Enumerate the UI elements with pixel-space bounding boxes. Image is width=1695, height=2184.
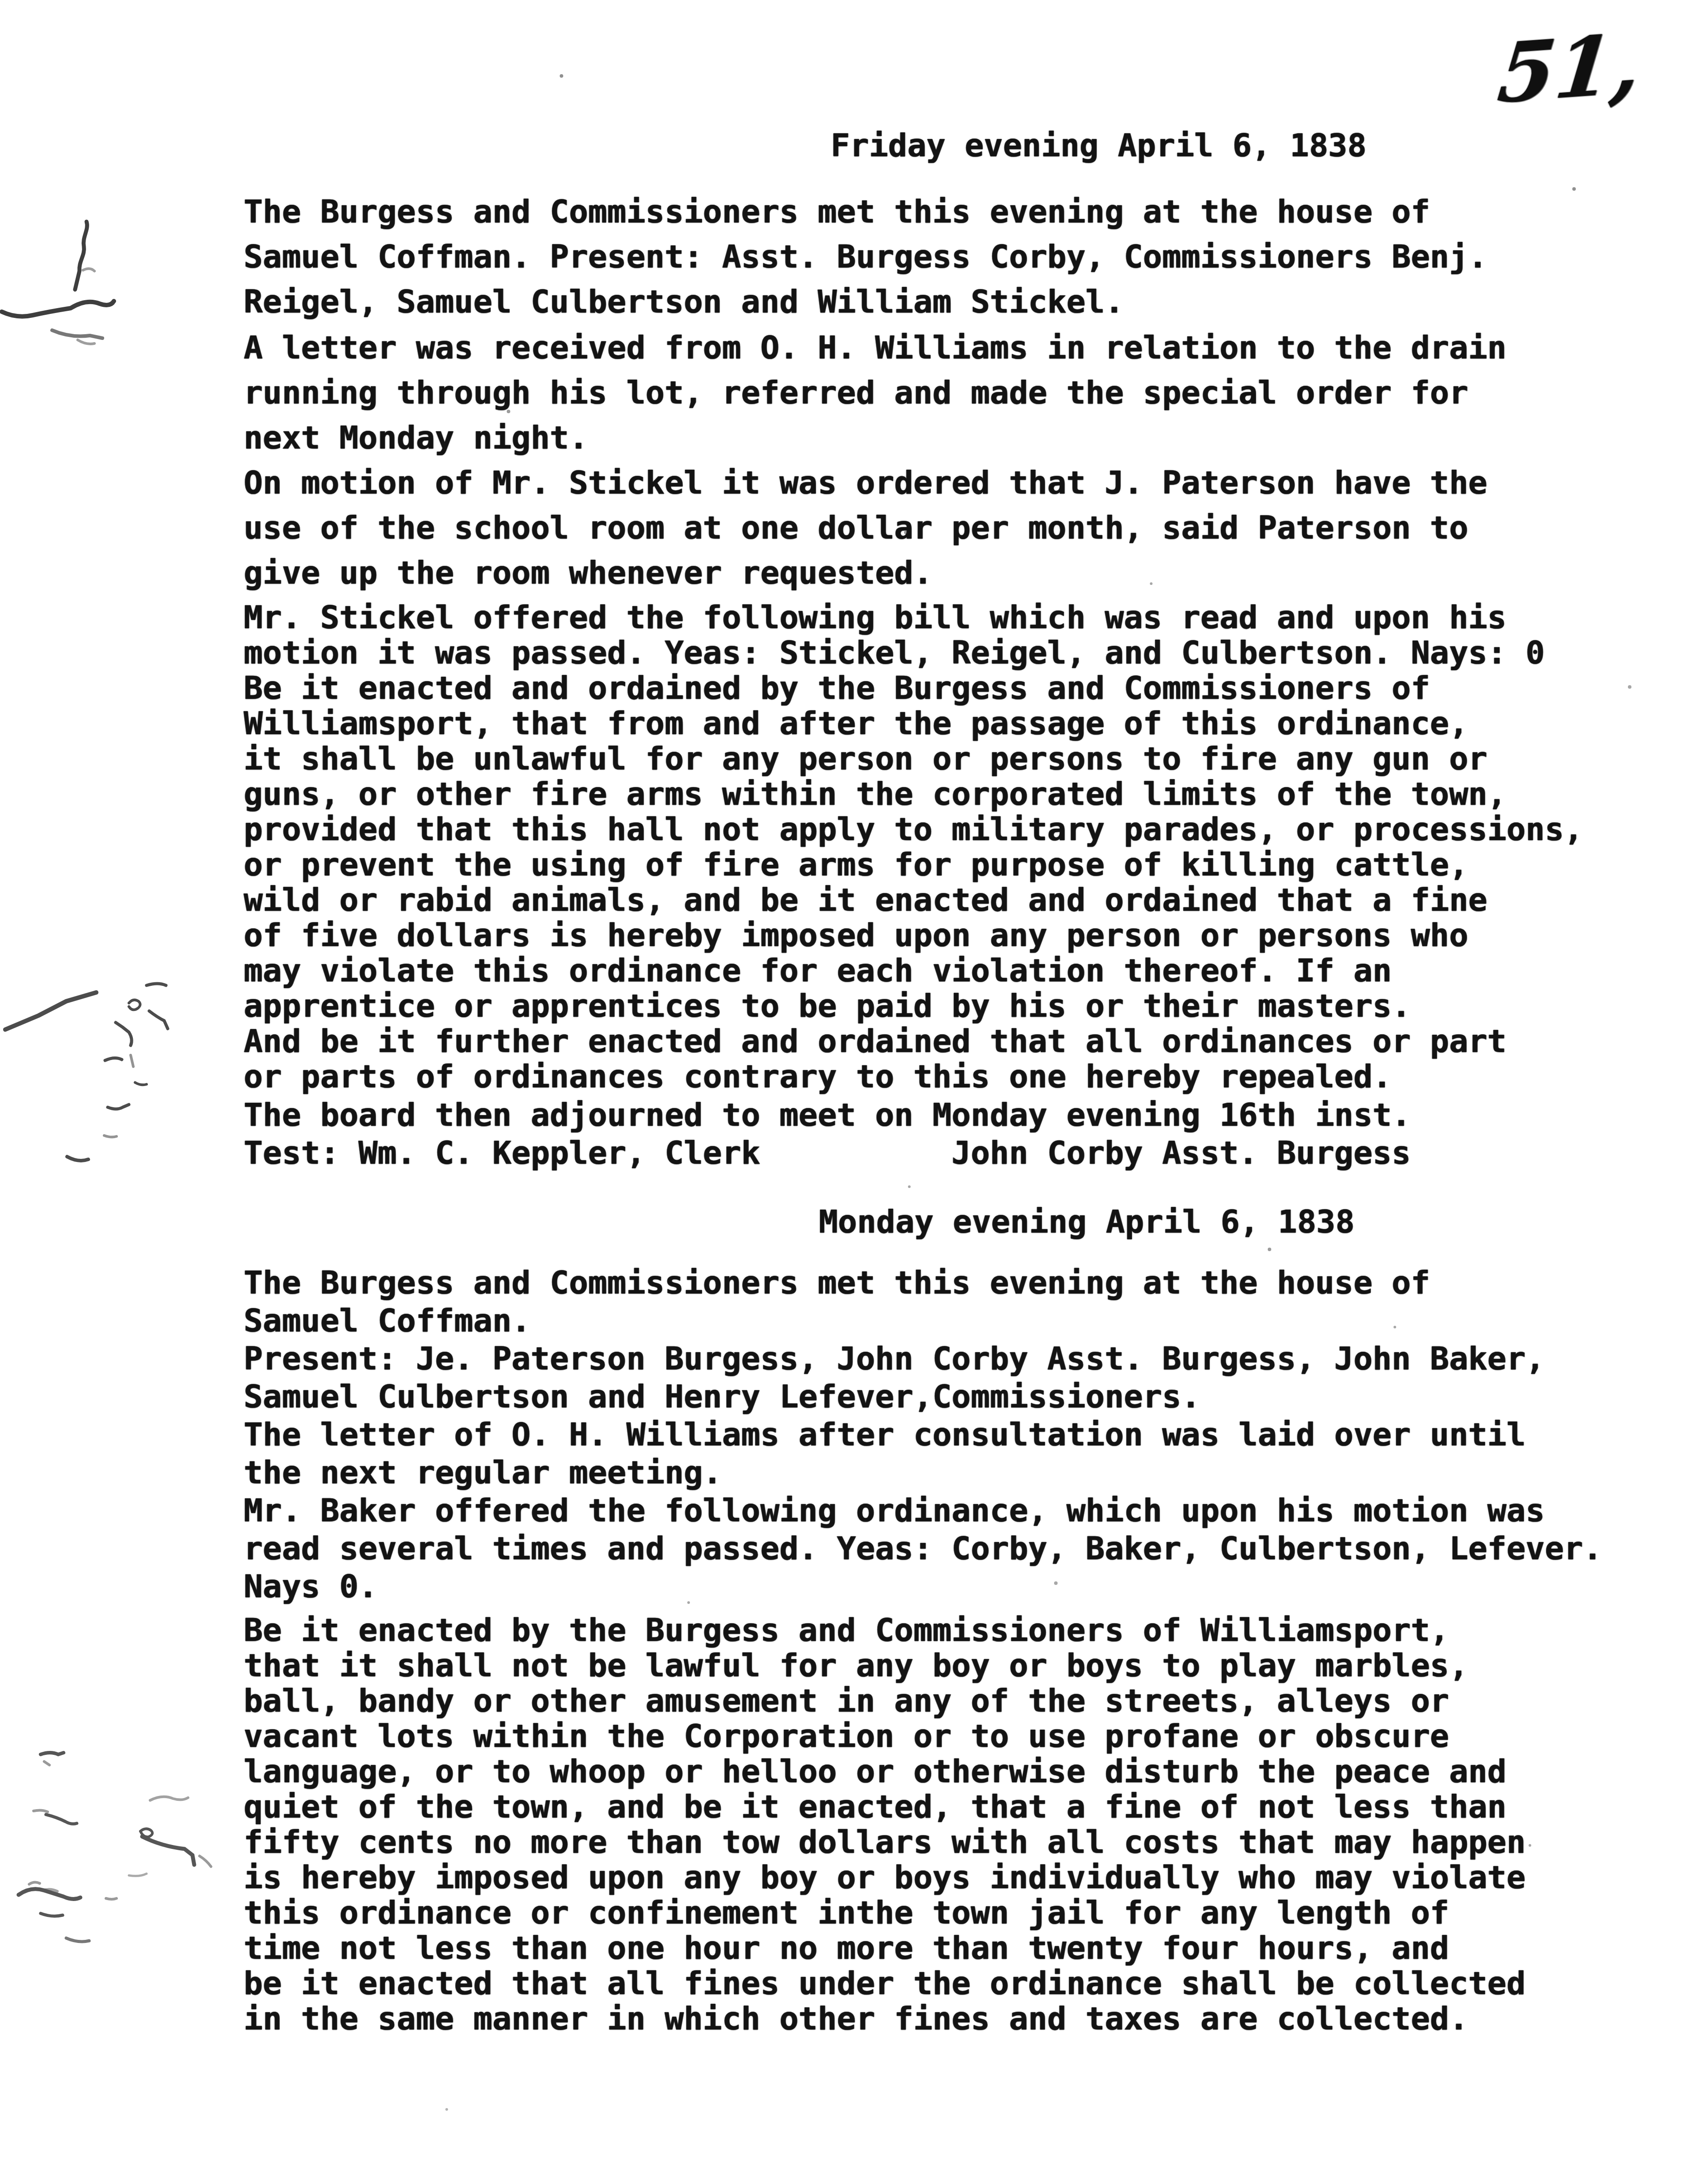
- scanned-minutes-page: 51, Friday evening April 6, 1838 The Bur…: [0, 0, 1695, 2184]
- meeting-friday-attendance-paragraph: The Burgess and Commissioners met this e…: [244, 189, 1488, 324]
- margin-smudge-middle-left: [5, 984, 168, 1161]
- adjournment-and-signatures: The board then adjourned to meet on Mond…: [244, 1096, 1411, 1172]
- meeting-friday-heading: Friday evening April 6, 1838: [831, 123, 1367, 168]
- school-room-paragraph: On motion of Mr. Stickel it was ordered …: [244, 460, 1488, 595]
- margin-smudge-top-left: [2, 222, 114, 344]
- gun-ordinance-paragraph: Mr. Stickel offered the following bill w…: [244, 600, 1583, 1094]
- meeting-monday-heading: Monday evening April 6, 1838: [819, 1199, 1355, 1244]
- page-number-handwritten: 51,: [1494, 15, 1646, 122]
- meeting-monday-attendance-paragraph: The Burgess and Commissioners met this e…: [244, 1264, 1602, 1605]
- margin-smudge-bottom-left: [19, 1753, 211, 1942]
- williams-letter-paragraph: A letter was received from O. H. William…: [244, 325, 1507, 460]
- boys-ordinance-paragraph: Be it enacted by the Burgess and Commiss…: [244, 1612, 1525, 2036]
